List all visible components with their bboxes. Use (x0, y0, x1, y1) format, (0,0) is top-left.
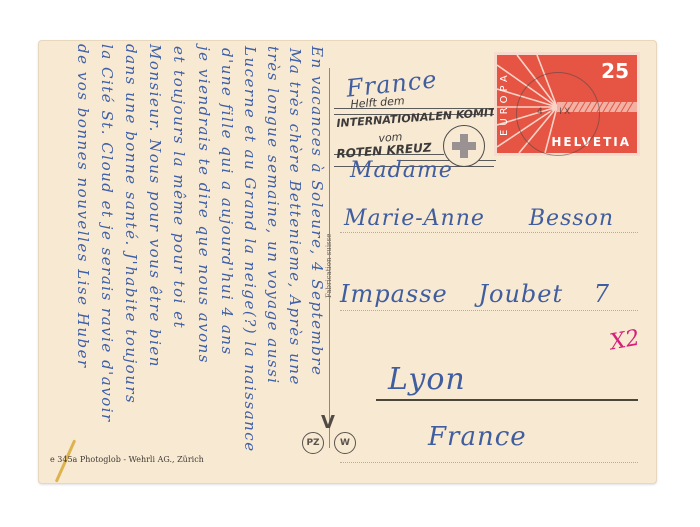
v-logo-icon: V (321, 412, 335, 433)
stamp-series: EUROPA (499, 71, 510, 136)
message-line: En vacances à Soleure, 4 Septembre (308, 46, 326, 376)
message-line: d'une fille qui a aujourd'hui 4 ans (218, 48, 236, 356)
w-logo-icon: W (334, 432, 356, 454)
address-name: Marie-Anne Besson (344, 206, 614, 231)
publisher-imprint: e 345a Photoglob - Wehrli AG., Zürich (50, 455, 204, 464)
address-street: Impasse Joubet 7 (340, 280, 610, 308)
pink-annotation: X2 (608, 326, 642, 356)
stamp-value: 25 (601, 59, 629, 83)
address-line (340, 310, 638, 311)
address-salutation: Madame (350, 158, 453, 183)
message-line: et toujours la même pour toi et (170, 46, 188, 329)
message-line: dans une bonne santé. J'habite toujours (122, 44, 140, 404)
handwritten-france-overlay: France (345, 65, 439, 102)
postmark-circle: 4 · IX (516, 72, 600, 156)
postmark-date: 4 · IX (537, 107, 572, 117)
message-line: je viendrais te dire que nous avons (195, 46, 213, 364)
address-line (340, 232, 638, 233)
address-line (340, 462, 638, 463)
message-line: de vos bonnes nouvelles Lise Huber (74, 44, 92, 369)
message-line: très longue semaine, un voyage aussi (264, 46, 282, 385)
message-line: Monsieur. Nous pour vous être bien (146, 44, 164, 368)
address-country: France (428, 422, 527, 452)
message-line: Ma très chère Bettenieme, Après une (286, 48, 304, 386)
fabrication-imprint: Fabrication suisse (325, 218, 335, 298)
address-line-underline (376, 399, 638, 401)
address-city: Lyon (388, 362, 466, 397)
pz-logo-icon: PZ (302, 432, 324, 454)
message-line: Lucerne et au Grand la neige(?) la naiss… (241, 46, 259, 453)
postcard: En vacances à Soleure, 4 Septembre Ma tr… (38, 40, 657, 484)
message-line: la Cité St. Cloud et je serais ravie d'a… (98, 44, 116, 423)
